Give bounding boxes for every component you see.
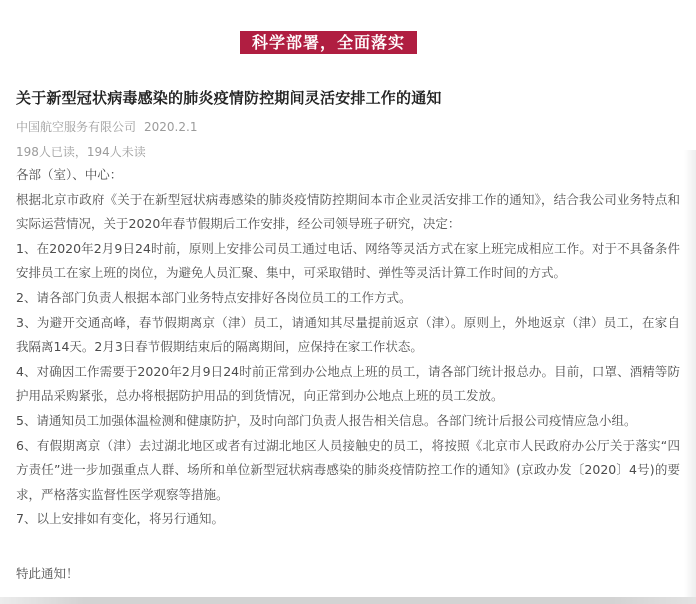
salutation: 各部（室）、中心： [16, 163, 680, 188]
publisher-name: 中国航空服务有限公司 [16, 120, 136, 134]
paragraph-list: 根据北京市政府《关于在新型冠状病毒感染的肺炎疫情防控期间本市企业灵活安排工作的通… [16, 188, 680, 532]
paragraph: 3、为避开交通高峰，春节假期离京（津）员工，请通知其尽量提前返京（津）。原则上，… [16, 311, 680, 360]
closing-line: 特此通知！ [16, 562, 680, 587]
slogan-banner: 科学部署，全面落实 [240, 31, 417, 54]
read-status: 198人已读，194人未读 [16, 144, 680, 160]
paragraph: 2、请各部门负责人根据本部门业务特点安排好各岗位员工的工作方式。 [16, 286, 680, 311]
notice-page: 科学部署，全面落实 关于新型冠状病毒感染的肺炎疫情防控期间灵活安排工作的通知 中… [0, 0, 696, 604]
notice-meta: 中国航空服务有限公司2020.2.1 [16, 119, 680, 135]
page-bottom-edge [0, 597, 696, 604]
notice-body: 各部（室）、中心： 根据北京市政府《关于在新型冠状病毒感染的肺炎疫情防控期间本市… [16, 163, 680, 587]
paragraph: 1、在2020年2月9日24时前，原则上安排公司员工通过电话、网络等灵活方式在家… [16, 237, 680, 286]
notice-title: 关于新型冠状病毒感染的肺炎疫情防控期间灵活安排工作的通知 [16, 88, 680, 108]
paragraph: 7、以上安排如有变化，将另行通知。 [16, 507, 680, 532]
paragraph: 4、对确因工作需要于2020年2月9日24时前正常到办公地点上班的员工，请各部门… [16, 360, 680, 409]
notice-content: 关于新型冠状病毒感染的肺炎疫情防控期间灵活安排工作的通知 中国航空服务有限公司2… [0, 0, 696, 587]
paragraph: 5、请通知员工加强体温检测和健康防护，及时向部门负责人报告相关信息。各部门统计后… [16, 409, 680, 434]
publish-date: 2020.2.1 [144, 120, 197, 134]
paragraph: 根据北京市政府《关于在新型冠状病毒感染的肺炎疫情防控期间本市企业灵活安排工作的通… [16, 188, 680, 237]
paragraph: 6、有假期离京（津）去过湖北地区或者有过湖北地区人员接触史的员工，将按照《北京市… [16, 434, 680, 508]
